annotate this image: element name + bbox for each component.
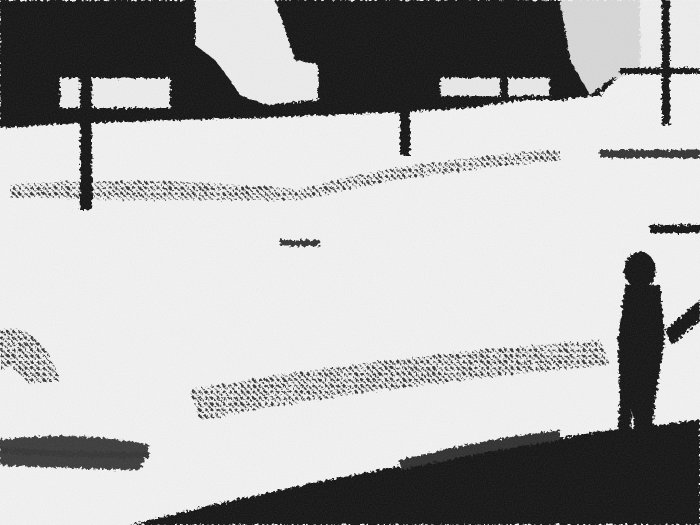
photo-scene [0, 0, 700, 525]
photograph [0, 0, 700, 525]
grain-overlay [0, 0, 700, 525]
